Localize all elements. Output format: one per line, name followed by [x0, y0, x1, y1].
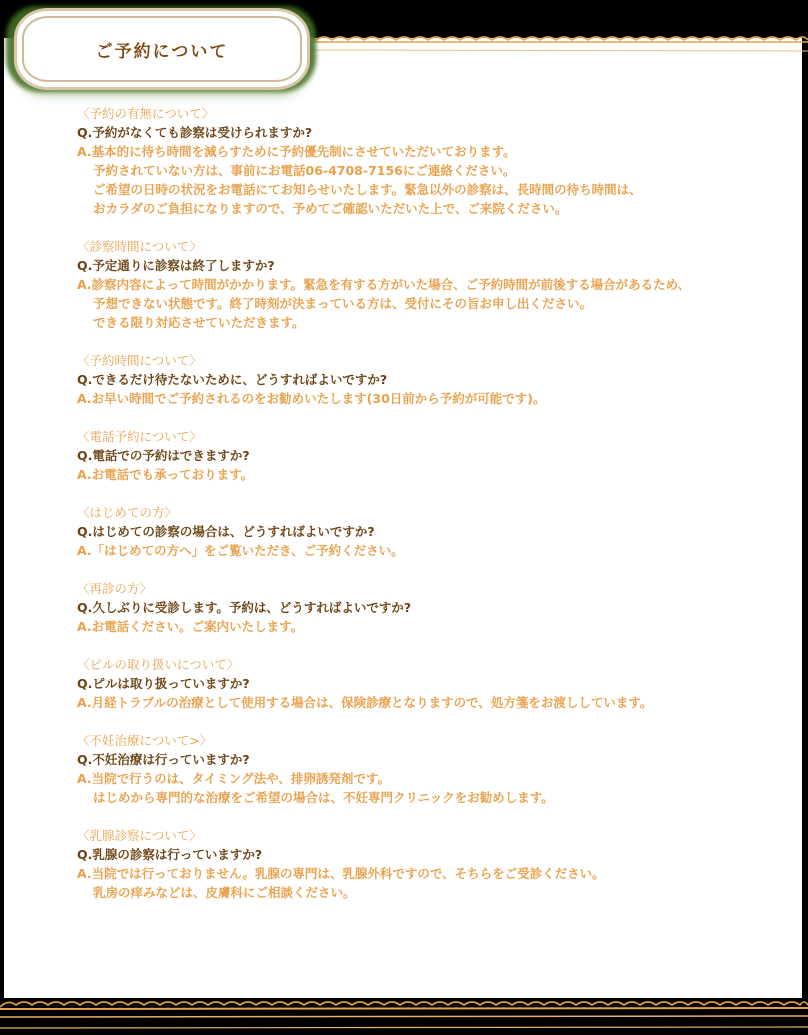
answer-line: おカラダのご負担になりますので、予めてご確認いただいた上で、ご来院ください。	[77, 199, 777, 218]
faq-answer: A.月経トラブルの治療として使用する場合は、保険診療となりますので、処方箋をお渡…	[77, 693, 777, 712]
title-badge: ご予約について	[14, 8, 310, 90]
faq-question: Q.電話での予約はできますか?	[77, 446, 777, 465]
faq-heading: 〈再診の方〉	[77, 579, 777, 598]
answer-line: 予想できない状態です。終了時刻が決まっている方は、受付にその旨お申し出ください。	[77, 294, 777, 313]
faq-heading: 〈乳腺診察について〉	[77, 826, 777, 845]
decorative-top-border	[300, 32, 808, 54]
faq-section-first-visit: 〈はじめての方〉 Q.はじめての診察の場合は、どうすればよいですか? A.「はじ…	[77, 503, 777, 560]
faq-section-fertility: 〈不妊治療について>〉 Q.不妊治療は行っていますか? A.当院で行うのは、タイ…	[77, 731, 777, 807]
faq-question: Q.不妊治療は行っていますか?	[77, 750, 777, 769]
faq-question: Q.久しぶりに受診します。予約は、どうすればよいですか?	[77, 598, 777, 617]
page-title: ご予約について	[17, 37, 307, 62]
faq-heading: 〈はじめての方〉	[77, 503, 777, 522]
faq-heading: 〈診察時間について〉	[77, 237, 777, 256]
faq-question: Q.予約がなくても診察は受けられますか?	[77, 123, 777, 142]
faq-section-return-visit: 〈再診の方〉 Q.久しぶりに受診します。予約は、どうすればよいですか? A.お電…	[77, 579, 777, 636]
faq-section-breast-exam: 〈乳腺診察について〉 Q.乳腺の診察は行っていますか? A.当院では行っておりま…	[77, 826, 777, 902]
answer-line: A.お電話でも承っております。	[77, 465, 777, 484]
faq-answer: A.お電話でも承っております。	[77, 465, 777, 484]
faq-section-reservation-required: 〈予約の有無について〉 Q.予約がなくても診察は受けられますか? A.基本的に待…	[77, 104, 777, 218]
answer-line: A.お早い時間でご予約されるのをお勧めいたします(30日前から予約が可能です)。	[77, 389, 777, 408]
answer-line: 乳房の痒みなどは、皮膚科にご相談ください。	[77, 883, 777, 902]
answer-line: A.「はじめての方へ」をご覧いただき、ご予約ください。	[77, 541, 777, 560]
faq-section-pill: 〈ピルの取り扱いについて〉 Q.ピルは取り扱っていますか? A.月経トラブルの治…	[77, 655, 777, 712]
answer-line: A.月経トラブルの治療として使用する場合は、保険診療となりますので、処方箋をお渡…	[77, 693, 777, 712]
faq-heading: 〈電話予約について〉	[77, 427, 777, 446]
answer-line: A.当院で行うのは、タイミング法や、排卵誘発剤です。	[77, 769, 777, 788]
answer-line: A.当院では行っておりません。乳腺の専門は、乳腺外科ですので、そちらをご受診くだ…	[77, 864, 777, 883]
faq-heading: 〈ピルの取り扱いについて〉	[77, 655, 777, 674]
faq-question: Q.はじめての診察の場合は、どうすればよいですか?	[77, 522, 777, 541]
faq-answer: A.当院で行うのは、タイミング法や、排卵誘発剤です。 はじめから専門的な治療をご…	[77, 769, 777, 807]
answer-line: A.診察内容によって時間がかかります。緊急を有する方がいた場合、ご予約時間が前後…	[77, 275, 777, 294]
faq-section-consultation-time: 〈診察時間について〉 Q.予定通りに診察は終了しますか? A.診察内容によって時…	[77, 237, 777, 332]
faq-heading: 〈予約の有無について〉	[77, 104, 777, 123]
answer-line: 予約されていない方は、事前にお電話06-4708-7156にご連絡ください。	[77, 161, 777, 180]
faq-heading: 〈予約時間について〉	[77, 351, 777, 370]
faq-answer: A.診察内容によって時間がかかります。緊急を有する方がいた場合、ご予約時間が前後…	[77, 275, 777, 332]
faq-question: Q.予定通りに診察は終了しますか?	[77, 256, 777, 275]
faq-question: Q.ピルは取り扱っていますか?	[77, 674, 777, 693]
faq-question: Q.できるだけ待たないために、どうすればよいですか?	[77, 370, 777, 389]
faq-answer: A.お早い時間でご予約されるのをお勧めいたします(30日前から予約が可能です)。	[77, 389, 777, 408]
decorative-bottom-border	[0, 995, 808, 1035]
answer-line: A.お電話ください。ご案内いたします。	[77, 617, 777, 636]
answer-line: A.基本的に待ち時間を減らすために予約優先制にさせていただいております。	[77, 142, 777, 161]
faq-heading: 〈不妊治療について>〉	[77, 731, 777, 750]
faq-answer: A.お電話ください。ご案内いたします。	[77, 617, 777, 636]
answer-line: はじめから専門的な治療をご希望の場合は、不妊専門クリニックをお勧めします。	[77, 788, 777, 807]
faq-question: Q.乳腺の診察は行っていますか?	[77, 845, 777, 864]
faq-section-phone-reservation: 〈電話予約について〉 Q.電話での予約はできますか? A.お電話でも承っておりま…	[77, 427, 777, 484]
faq-list: 〈予約の有無について〉 Q.予約がなくても診察は受けられますか? A.基本的に待…	[77, 104, 777, 921]
answer-line: ご希望の日時の状況をお電話にてお知らせいたします。緊急以外の診察は、長時間の待ち…	[77, 180, 777, 199]
faq-answer: A.基本的に待ち時間を減らすために予約優先制にさせていただいております。 予約さ…	[77, 142, 777, 218]
faq-answer: A.「はじめての方へ」をご覧いただき、ご予約ください。	[77, 541, 777, 560]
answer-line: できる限り対応させていただきます。	[77, 313, 777, 332]
faq-section-reservation-time: 〈予約時間について〉 Q.できるだけ待たないために、どうすればよいですか? A.…	[77, 351, 777, 408]
faq-answer: A.当院では行っておりません。乳腺の専門は、乳腺外科ですので、そちらをご受診くだ…	[77, 864, 777, 902]
